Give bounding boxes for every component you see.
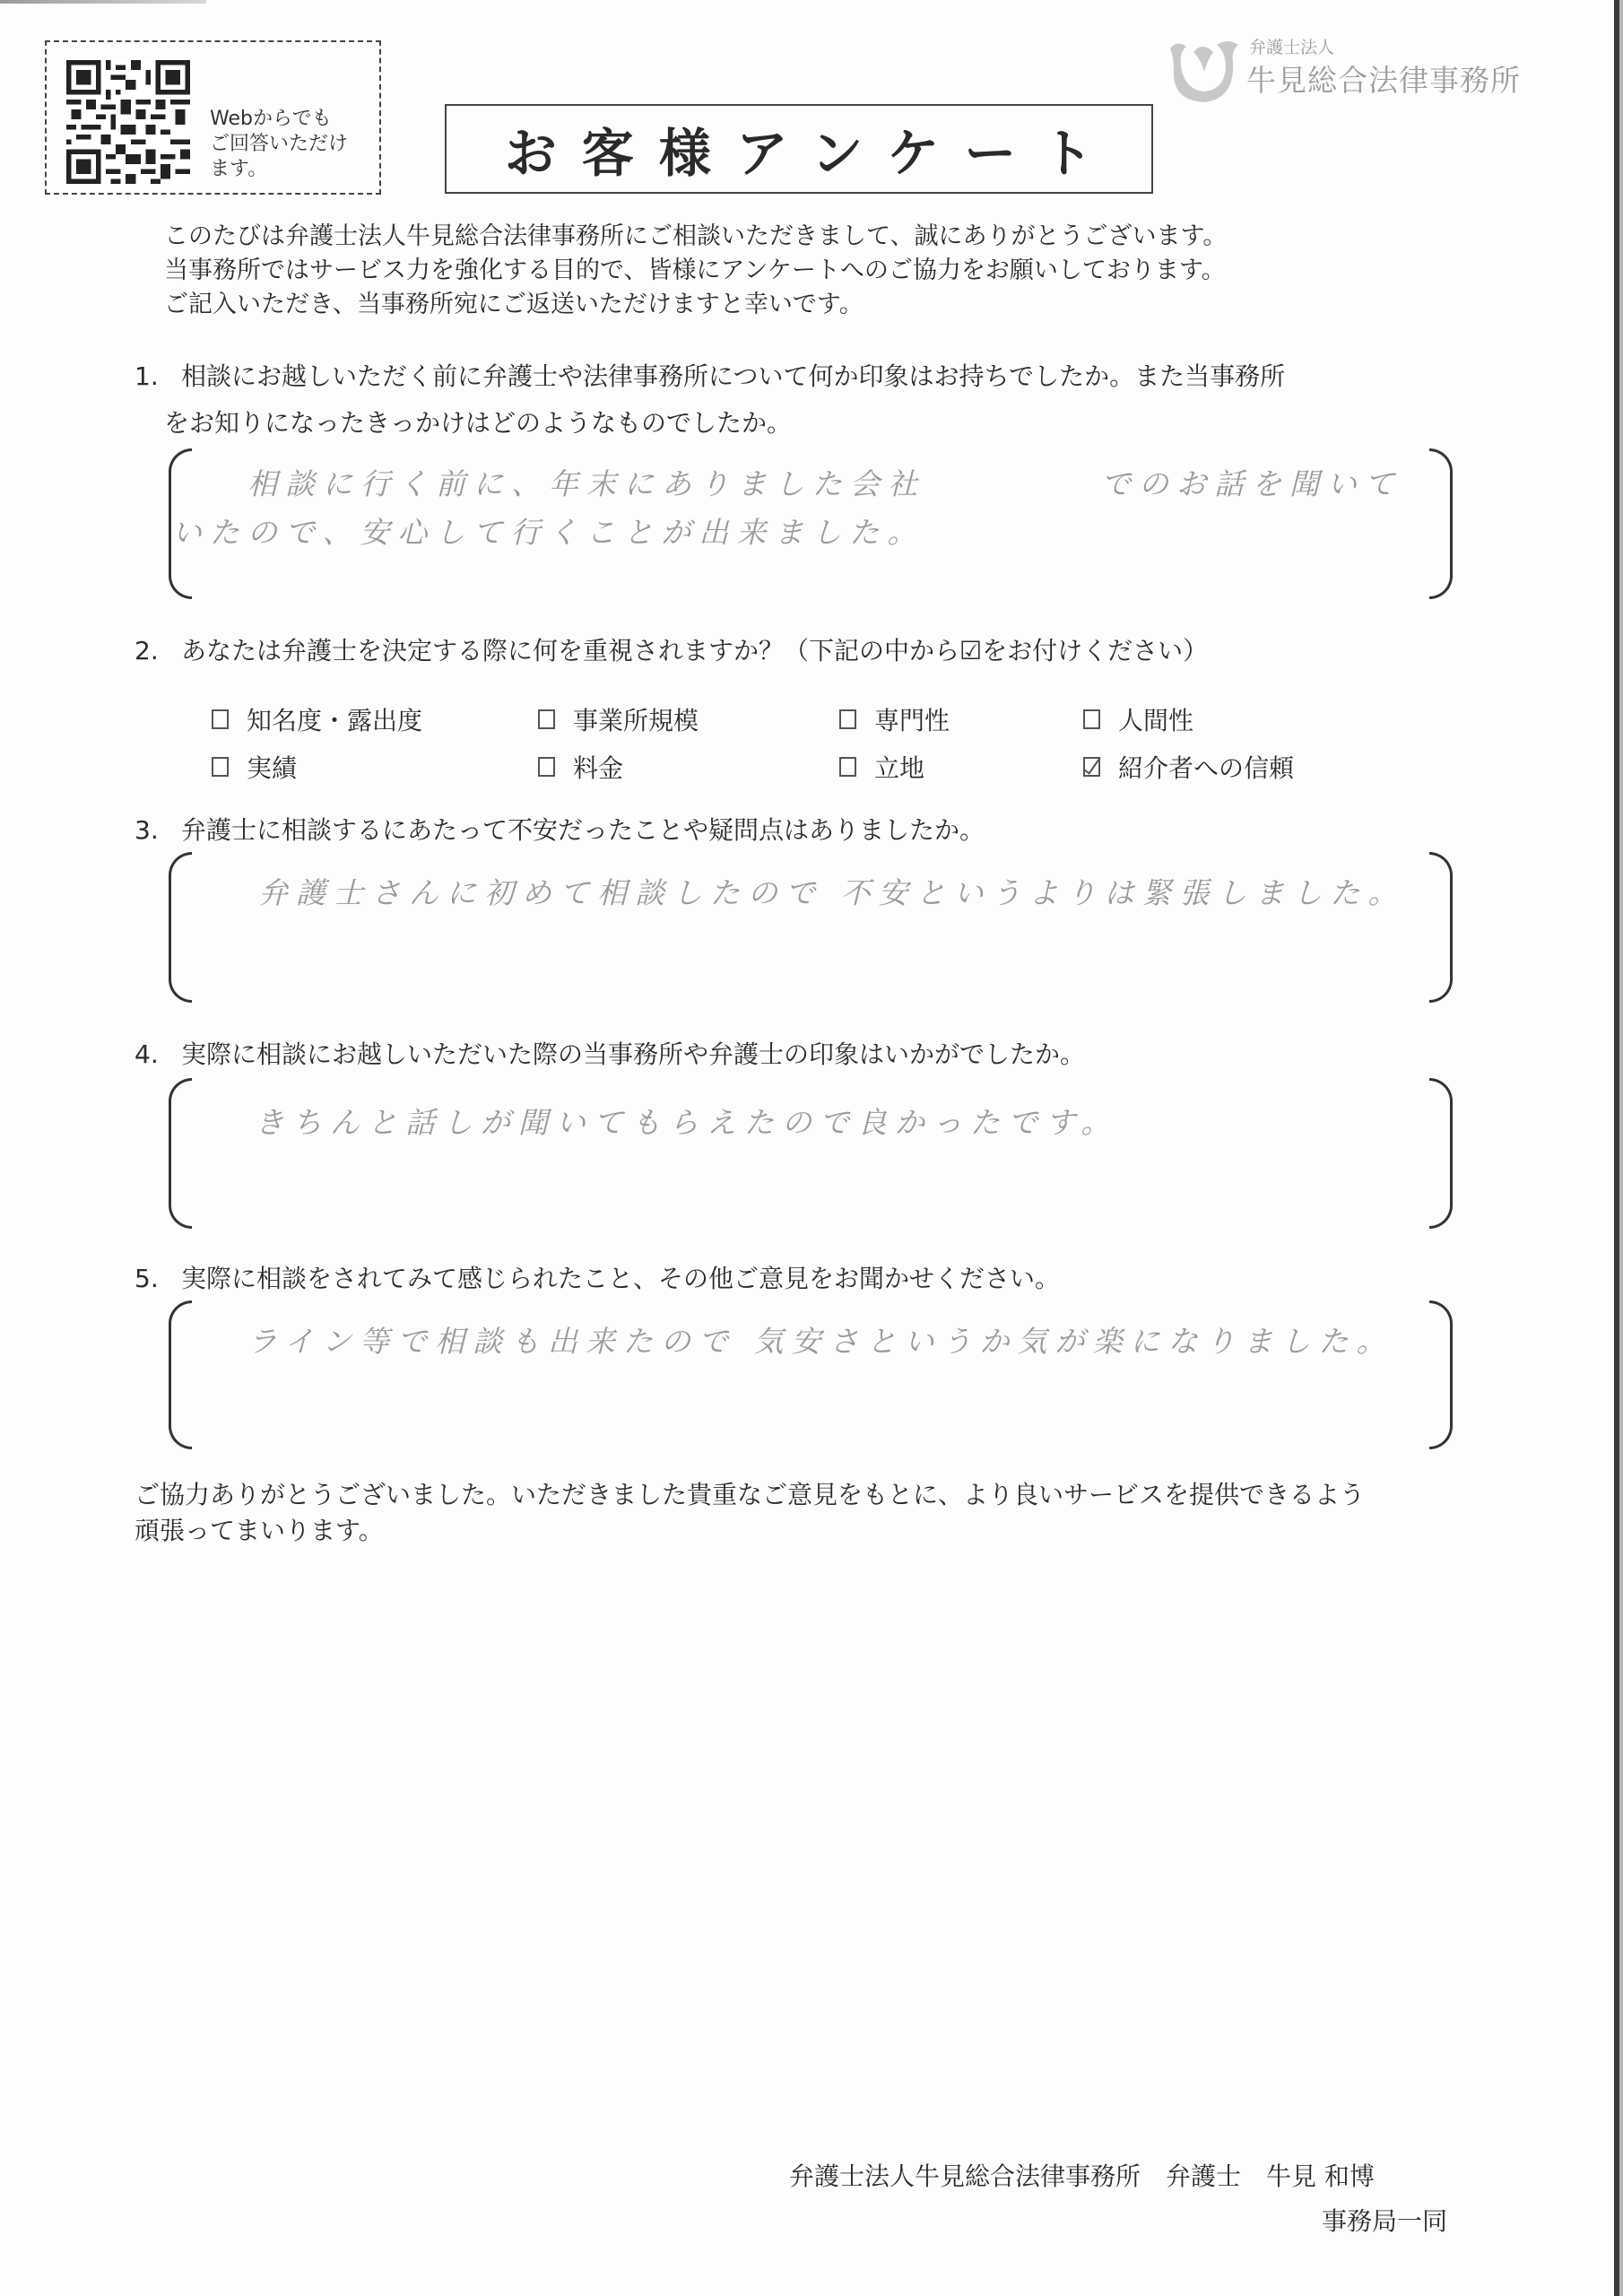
qr-code-icon[interactable] [66,60,190,184]
checkbox-icon[interactable] [839,757,856,777]
firm-logo-icon [1161,32,1246,104]
question-number: 3. [135,815,181,845]
bracket-right [1429,1078,1453,1229]
checkbox-icon[interactable] [212,709,229,729]
question-2: 2.あなたは弁護士を決定する際に何を重視されますか？（下記の中から☑をお付けくだ… [135,631,1208,667]
scan-edge-top [0,0,206,4]
answer-box-4[interactable]: きちんと話しが聞いてもらえたので良かったです。 [169,1078,1453,1229]
bracket-right [1429,1300,1453,1449]
bracket-right [1429,852,1453,1003]
answer-box-1[interactable]: 相談に行く前に、年末にありました会社 でのお話を聞いて いたので、安心して行くこ… [169,448,1453,599]
closing-text: ご協力ありがとうございました。いただきました貴重なご意見をもとに、より良いサービ… [135,1477,1365,1549]
logo-firm-name: 牛見総合法律事務所 [1246,57,1521,100]
option-label: 料金 [573,749,623,785]
handwritten-answer: いたので、安心して行くことが出来ました。 [172,509,924,552]
bracket-right [1429,448,1453,599]
checkbox-icon[interactable] [1083,709,1100,729]
option-fee[interactable]: 料金 [538,749,623,785]
qr-code-box: Webからでも ご回答いただけ ます。 [45,40,381,195]
question-text: あなたは弁護士を決定する際に何を重視されますか？（下記の中から☑をお付けください… [181,636,1208,665]
option-label: 立地 [874,749,924,785]
option-label: 実績 [247,749,297,785]
option-label: 人間性 [1118,701,1193,737]
question-3: 3.弁護士に相談するにあたって不安だったことや疑問点はありましたか。 [135,811,985,847]
option-location[interactable]: 立地 [839,749,924,785]
question-4: 4.実際に相談にお越しいただいた際の当事務所や弁護士の印象はいかがでしたか。 [135,1035,1085,1071]
checkbox-icon[interactable] [538,709,555,729]
qr-caption: Webからでも ご回答いただけ ます。 [210,107,348,182]
option-office-size[interactable]: 事業所規模 [538,701,699,737]
option-personality[interactable]: 人間性 [1083,701,1193,737]
intro-line: 当事務所ではサービス力を強化する目的で、皆様にアンケートへのご協力をお願いしてお… [164,254,1227,288]
question-5: 5.実際に相談をされてみて感じられたこと、その他ご意見をお聞かせください。 [135,1259,1060,1295]
question-text: 相談にお越しいただく前に弁護士や法律事務所について何か印象はお持ちでしたか。また… [181,361,1285,391]
answer-box-3[interactable]: 弁護士さんに初めて相談したので 不安というよりは緊張しました。 [169,852,1453,1003]
scan-edge-right-shadow [1619,0,1623,2296]
question-1-line2: をお知りになったきっかけはどのようなものでしたか。 [164,404,792,439]
option-fame[interactable]: 知名度・露出度 [212,701,422,737]
signature-staff: 事務局一同 [1322,2202,1447,2238]
intro-line: ご記入いただき、当事務所宛にご返送いただけますと幸いです。 [164,288,1227,322]
question-1: 1.相談にお越しいただく前に弁護士や法律事務所について何か印象はお持ちでしたか。… [135,357,1285,393]
option-label: 紹介者への信頼 [1118,749,1294,785]
option-referrer-trust[interactable]: 紹介者への信頼 [1083,749,1294,785]
question-number: 2. [135,636,181,665]
option-label: 専門性 [874,701,950,737]
question-number: 1. [135,361,181,391]
checkbox-icon[interactable] [839,709,856,729]
checkbox-checked-icon[interactable] [1083,757,1100,777]
bracket-left [169,1078,192,1229]
option-label: 事業所規模 [573,701,699,737]
intro-line: このたびは弁護士法人牛見総合法律事務所にご相談いただきまして、誠にありがとうござ… [164,220,1227,254]
intro-text: このたびは弁護士法人牛見総合法律事務所にご相談いただきまして、誠にありがとうござ… [164,220,1227,322]
option-expertise[interactable]: 専門性 [839,701,950,737]
handwritten-answer: 弁護士さんに初めて相談したので 不安というよりは緊張しました。 [258,870,1406,912]
handwritten-answer: でのお話を聞いて [1101,461,1402,503]
question-text: 実際に相談をされてみて感じられたこと、その他ご意見をお聞かせください。 [181,1264,1060,1293]
question-text: 弁護士に相談するにあたって不安だったことや疑問点はありましたか。 [181,815,985,845]
checkbox-icon[interactable] [538,757,555,777]
question-text: 実際に相談にお越しいただいた際の当事務所や弁護士の印象はいかがでしたか。 [181,1039,1085,1069]
question-number: 5. [135,1264,181,1293]
logo-subtitle: 弁護士法人 [1249,34,1334,58]
bracket-left [169,1300,192,1449]
answer-box-5[interactable]: ライン等で相談も出来たので 気安さというか気が楽になりました。 [169,1300,1453,1449]
title-box: お客様アンケート [445,104,1153,194]
handwritten-answer: ライン等で相談も出来たので 気安さというか気が楽になりました。 [247,1318,1394,1361]
question-number: 4. [135,1039,181,1069]
option-label: 知名度・露出度 [247,701,422,737]
option-track-record[interactable]: 実績 [212,749,297,785]
handwritten-answer: 相談に行く前に、年末にありました会社 [247,461,925,503]
checkbox-icon[interactable] [212,757,229,777]
handwritten-answer: きちんと話しが聞いてもらえたので良かったです。 [255,1100,1118,1142]
signature-firm: 弁護士法人牛見総合法律事務所 弁護士 牛見 和博 [789,2157,1375,2193]
closing-line: ご協力ありがとうございました。いただきました貴重なご意見をもとに、より良いサービ… [135,1477,1365,1513]
closing-line: 頑張ってまいります。 [135,1513,1365,1549]
page-title: お客様アンケート [480,111,1119,187]
bracket-left [169,852,192,1003]
